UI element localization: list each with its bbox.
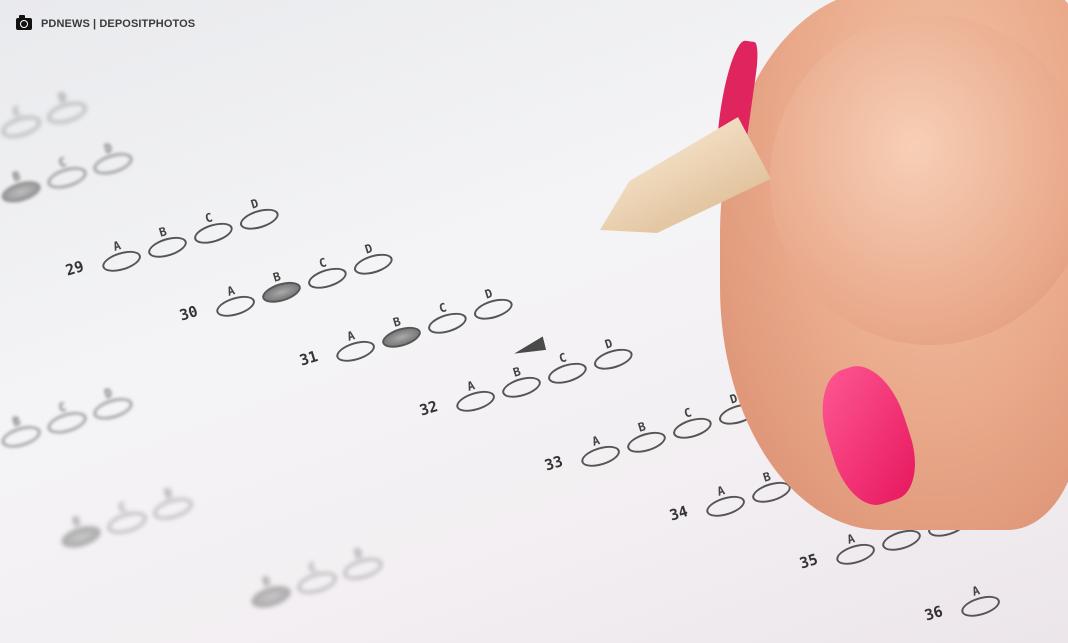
answer-row-blurred: B C D [55,481,194,551]
answer-bubble[interactable] [546,359,590,388]
answer-bubble[interactable] [625,428,669,457]
photo-credit: PDNEWS | DEPOSITPHOTOS [16,18,195,30]
answer-row-blurred: B C D [0,381,135,451]
answer-bubble[interactable] [100,247,144,276]
question-number: 33 [542,452,565,474]
answer-bubble[interactable] [238,205,282,234]
answer-bubble[interactable] [146,233,190,262]
answer-row: 32 A B C D [415,331,635,426]
answer-bubble[interactable] [834,540,878,569]
answer-row: 30 A B C D [175,236,395,331]
question-number: 30 [177,302,200,324]
answer-row-blurred: B C D [0,136,135,206]
answer-bubble[interactable] [334,337,378,366]
question-number: 36 [922,602,945,624]
answer-row: 29 A B C D [61,191,281,286]
answer-bubble[interactable] [592,345,636,374]
answer-bubble[interactable] [579,442,623,471]
question-number: 29 [63,257,86,279]
answer-bubble-filled[interactable] [380,323,424,352]
answer-row: 33 A B C D [540,386,760,481]
answer-bubble[interactable] [472,295,516,324]
question-number: 32 [417,397,440,419]
answer-bubble[interactable] [704,492,748,521]
answer-bubble[interactable] [959,592,1003,621]
answer-row: 31 A B C D [295,281,515,376]
answer-row-blurred: C D [0,85,89,141]
answer-row: 36 A [920,578,1002,631]
camera-icon [16,18,32,30]
answer-bubble[interactable] [306,264,350,293]
answer-bubble[interactable] [426,309,470,338]
answer-bubble[interactable] [500,373,544,402]
answer-bubble[interactable] [880,526,924,555]
answer-bubble-filled[interactable] [260,278,304,307]
answer-bubble[interactable] [454,387,498,416]
question-number: 31 [297,347,320,369]
answer-bubble[interactable] [192,219,236,248]
answer-bubble[interactable] [214,292,258,321]
credit-text: PDNEWS | DEPOSITPHOTOS [41,18,195,30]
answer-bubble[interactable] [671,414,715,443]
answer-row-blurred: B C D [245,541,384,611]
question-number: 35 [797,550,820,572]
answer-bubble[interactable] [352,250,396,279]
question-number: 34 [667,502,690,524]
